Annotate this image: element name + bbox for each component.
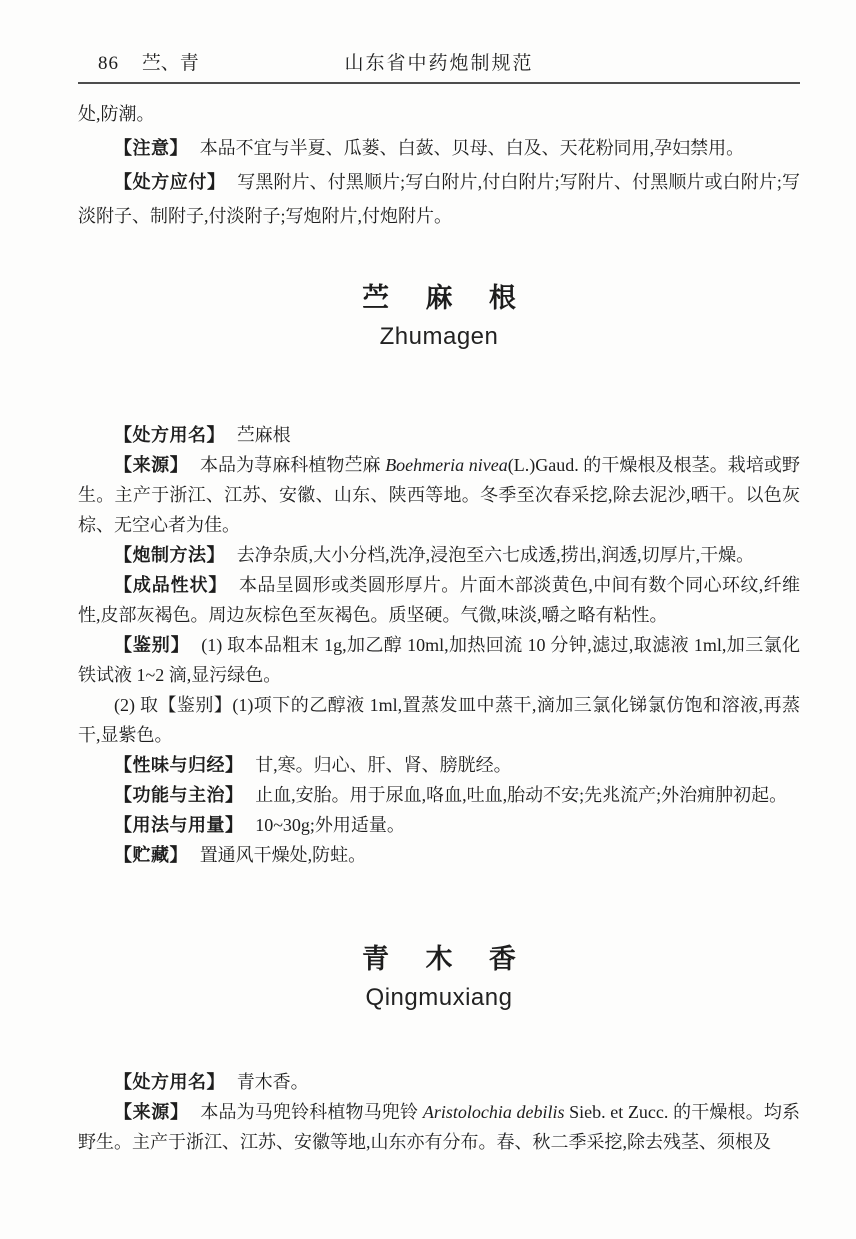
book-page: 86 苎、青 山东省中药炮制规范 处,防潮。 【注意】本品不宜与半夏、瓜蒌、白蔹… bbox=[0, 0, 856, 1239]
section-label-storage: 【贮藏】 bbox=[114, 845, 188, 865]
section-label-dispensing: 【处方应付】 bbox=[114, 172, 226, 192]
dosage-paragraph: 【用法与用量】10~30g;外用适量。 bbox=[78, 810, 800, 840]
entry-zhumagen-title: 苎麻根 bbox=[78, 279, 800, 317]
note-text: 本品不宜与半夏、瓜蒌、白蔹、贝母、白及、天花粉同用,孕妇禁用。 bbox=[200, 138, 745, 158]
storage-paragraph: 【贮藏】置通风干燥处,防蛀。 bbox=[78, 840, 800, 870]
entry-qingmuxiang-heading: 青木香 Qingmuxiang bbox=[78, 940, 800, 1013]
page-content: 处,防潮。 【注意】本品不宜与半夏、瓜蒌、白蔹、贝母、白及、天花粉同用,孕妇禁用… bbox=[78, 97, 800, 1157]
section-label-source: 【来源】 bbox=[114, 455, 188, 475]
property-meridian-paragraph: 【性味与归经】甘,寒。归心、肝、肾、膀胱经。 bbox=[78, 750, 800, 780]
entry-qingmuxiang-pinyin: Qingmuxiang bbox=[78, 983, 800, 1013]
section-label-function: 【功能与主治】 bbox=[114, 785, 244, 805]
entry-zhumagen-heading: 苎麻根 Zhumagen bbox=[78, 279, 800, 352]
page-header: 86 苎、青 山东省中药炮制规范 bbox=[78, 50, 800, 78]
section-label-note: 【注意】 bbox=[114, 138, 188, 158]
prescription-name-paragraph: 【处方用名】苎麻根 bbox=[78, 420, 800, 450]
product-characters-paragraph: 【成品性状】本品呈圆形或类圆形厚片。片面木部淡黄色,中间有数个同心环纹,纤维性,… bbox=[78, 570, 800, 630]
section-label-prescription-name: 【处方用名】 bbox=[114, 1072, 225, 1092]
entry-qingmuxiang-body: 【处方用名】青木香。 【来源】本品为马兜铃科植物马兜铃 Aristolochia… bbox=[78, 1067, 800, 1157]
function-indication-paragraph: 【功能与主治】止血,安胎。用于尿血,咯血,吐血,胎动不安;先兆流产;外治痈肿初起… bbox=[78, 780, 800, 810]
processing-method-paragraph: 【炮制方法】去净杂质,大小分档,洗净,浸泡至六七成透,捞出,润透,切厚片,干燥。 bbox=[78, 540, 800, 570]
source-paragraph: 【来源】本品为马兜铃科植物马兜铃 Aristolochia debilis Si… bbox=[78, 1097, 800, 1157]
section-label-characters: 【成品性状】 bbox=[114, 575, 227, 595]
latin-name: Boehmeria nivea bbox=[385, 455, 508, 475]
dispensing-paragraph: 【处方应付】写黑附片、付黑顺片;写白附片,付白附片;写附片、付黑顺片或白附片;写… bbox=[78, 165, 800, 233]
section-label-property: 【性味与归经】 bbox=[114, 755, 244, 775]
prescription-name-paragraph: 【处方用名】青木香。 bbox=[78, 1067, 800, 1097]
header-rule bbox=[78, 82, 800, 84]
section-label-prescription-name: 【处方用名】 bbox=[114, 425, 225, 445]
page-number: 86 bbox=[98, 53, 119, 74]
section-label-dosage: 【用法与用量】 bbox=[114, 815, 244, 835]
entry-zhumagen-body: 【处方用名】苎麻根 【来源】本品为荨麻科植物苎麻 Boehmeria nivea… bbox=[78, 420, 800, 870]
source-paragraph: 【来源】本品为荨麻科植物苎麻 Boehmeria nivea(L.)Gaud. … bbox=[78, 450, 800, 540]
section-label-identification: 【鉴别】 bbox=[114, 635, 190, 655]
identification-paragraph-1: 【鉴别】(1) 取本品粗末 1g,加乙醇 10ml,加热回流 10 分钟,滤过,… bbox=[78, 630, 800, 690]
continuation-tail-line: 处,防潮。 bbox=[78, 97, 800, 131]
note-paragraph: 【注意】本品不宜与半夏、瓜蒌、白蔹、贝母、白及、天花粉同用,孕妇禁用。 bbox=[78, 131, 800, 165]
section-label-processing: 【炮制方法】 bbox=[114, 545, 225, 565]
latin-name: Aristolochia debilis bbox=[423, 1102, 565, 1122]
running-title: 苎、青 bbox=[142, 53, 199, 74]
header-left: 86 苎、青 bbox=[98, 50, 199, 78]
identification-paragraph-2: (2) 取【鉴别】(1)项下的乙醇液 1ml,置蒸发皿中蒸干,滴加三氯化锑氯仿饱… bbox=[78, 690, 800, 750]
section-label-source: 【来源】 bbox=[114, 1102, 189, 1122]
entry-qingmuxiang-title: 青木香 bbox=[78, 940, 800, 978]
entry-zhumagen-pinyin: Zhumagen bbox=[78, 322, 800, 352]
